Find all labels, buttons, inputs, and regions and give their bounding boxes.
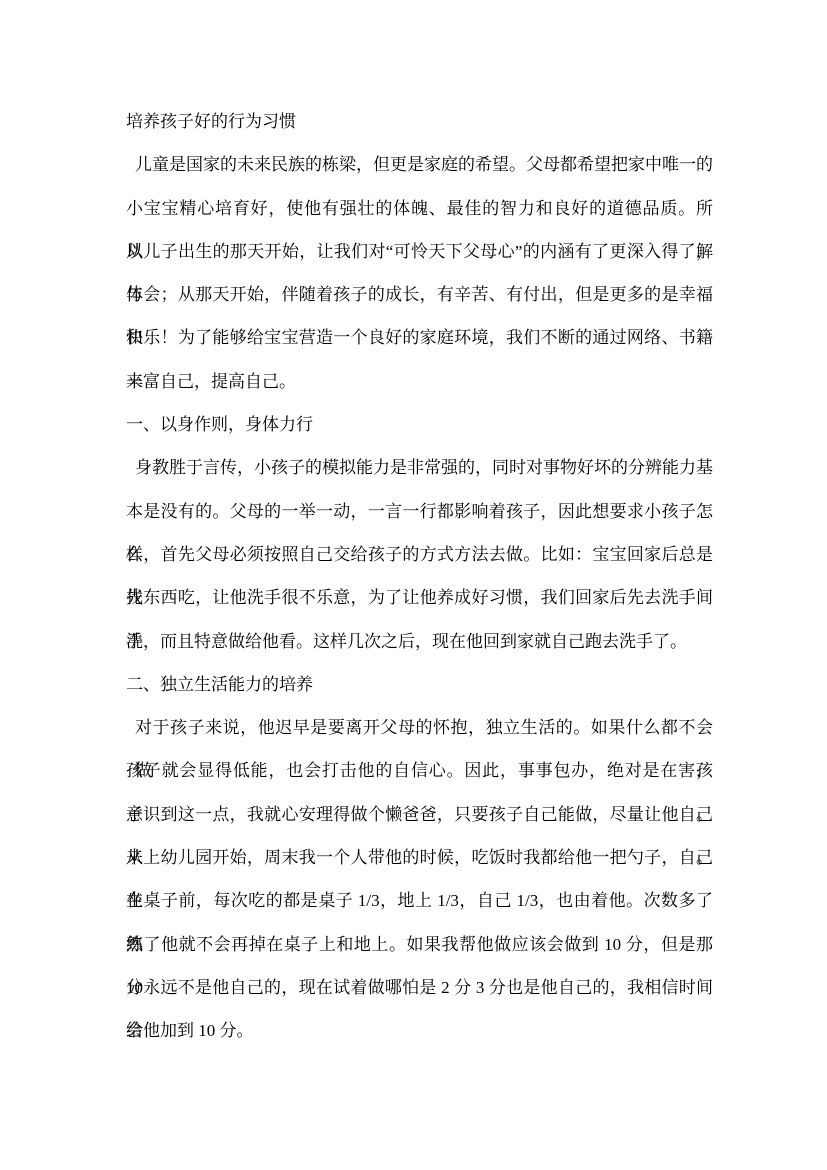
- document-page: 培养孩子好的行为习惯儿童是国家的未来民族的栋梁，但更是家庭的希望。父母都希望把家…: [0, 0, 827, 1170]
- text-line: 从儿子出生的那天开始，让我们对“可怜天下父母心”的内涵有了更深入得了解与: [126, 230, 713, 273]
- text-line: 手，而且特意做给他看。这样几次之后，现在他回到家就自己跑去洗手了。: [126, 620, 713, 663]
- text-line: 给他加到 10 分。: [126, 1009, 713, 1052]
- section-heading: 一、以身作则，身体力行: [126, 403, 713, 446]
- text-line: 本是没有的。父母的一举一动，一言一行都影响着孩子，因此想要求小孩子怎么: [126, 490, 713, 533]
- text-line: 身教胜于言传，小孩子的模拟能力是非常强的，同时对事物好坏的分辨能力基: [126, 446, 713, 489]
- text-line: 对于孩子来说，他迟早是要离开父母的怀抱，独立生活的。如果什么都不会做，: [126, 706, 713, 749]
- section-heading: 二、独立生活能力的培养: [126, 663, 713, 706]
- document-text-block: 培养孩子好的行为习惯儿童是国家的未来民族的栋梁，但更是家庭的希望。父母都希望把家…: [126, 100, 713, 1053]
- text-line: 丰富自己，提高自己。: [126, 360, 713, 403]
- text-line: 练了他就不会再掉在桌子上和地上。如果我帮他做应该会做到 10 分，但是那 10: [126, 923, 713, 966]
- text-line: 从上幼儿园开始，周末我一个人带他的时候，吃饭时我都给他一把勺子，自己坐: [126, 836, 713, 879]
- text-line: 儿童是国家的未来民族的栋梁，但更是家庭的希望。父母都希望把家中唯一的: [126, 143, 713, 186]
- text-line: 样，首先父母必须按照自己交给孩子的方式方法去做。比如：宝宝回家后总是先: [126, 533, 713, 576]
- text-line: 分永远不是他自己的，现在试着做哪怕是 2 分 3 分也是他自己的，我相信时间会: [126, 966, 713, 1009]
- text-line: 找东西吃，让他洗手很不乐意，为了让他养成好习惯，我们回家后先去洗手间洗: [126, 576, 713, 619]
- text-line: 在桌子前，每次吃的都是桌子 1/3，地上 1/3，自己 1/3，也由着他。次数多…: [126, 879, 713, 922]
- document-title: 培养孩子好的行为习惯: [126, 100, 713, 143]
- text-line: 体会；从那天开始，伴随着孩子的成长，有辛苦、有付出，但是更多的是幸福和: [126, 273, 713, 316]
- text-line: 小宝宝精心培育好，使他有强壮的体魄、最佳的智力和良好的道德品质。所以，: [126, 187, 713, 230]
- text-line: 意识到这一点，我就心安理得做个懒爸爸，只要孩子自己能做，尽量让他自己来。: [126, 793, 713, 836]
- text-line: 快乐！为了能够给宝宝营造一个良好的家庭环境，我们不断的通过网络、书籍来: [126, 316, 713, 359]
- text-line: 孩子就会显得低能，也会打击他的自信心。因此，事事包办，绝对是在害孩子。: [126, 749, 713, 792]
